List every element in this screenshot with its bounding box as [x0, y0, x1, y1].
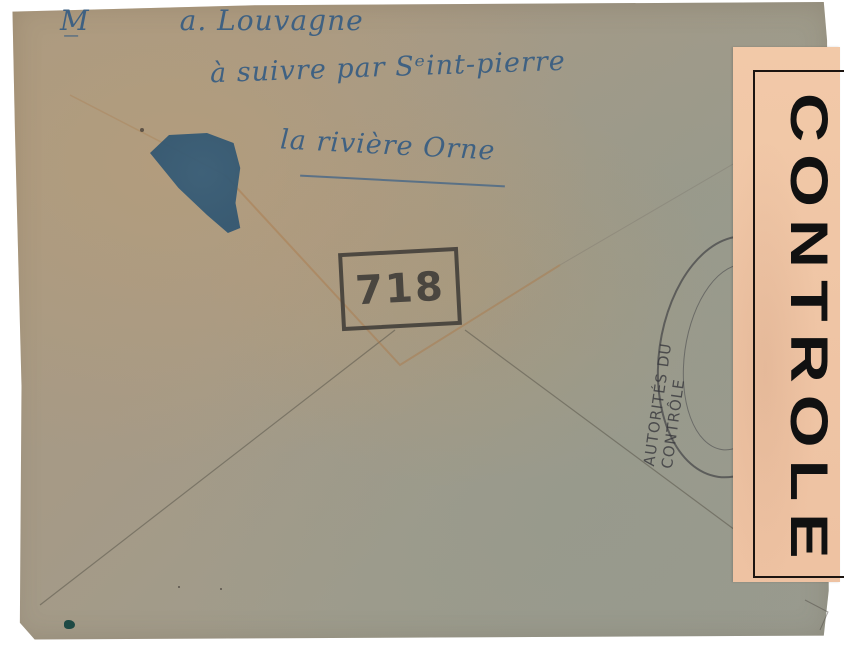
censor-number: 718 — [354, 264, 446, 315]
censor-number-stamp: 718 — [338, 247, 462, 331]
handwritten-name: a. Louvagne — [180, 4, 364, 37]
handwritten-addressee: M̲a. Louvagne — [60, 4, 364, 37]
censor-label-text: CONTROLE — [782, 93, 835, 571]
envelope-scene: M̲a. Louvagne à suivre par Sᵉint-pierre … — [0, 0, 845, 650]
label-text-wrapper: CONTROLE — [777, 92, 841, 572]
paper-speck — [220, 588, 222, 590]
censorship-tape-label: CONTROLE — [733, 47, 840, 582]
ink-spot — [64, 620, 75, 629]
handwritten-title: M̲ — [60, 4, 90, 37]
paper-speck — [140, 128, 144, 132]
paper-speck — [178, 586, 180, 588]
